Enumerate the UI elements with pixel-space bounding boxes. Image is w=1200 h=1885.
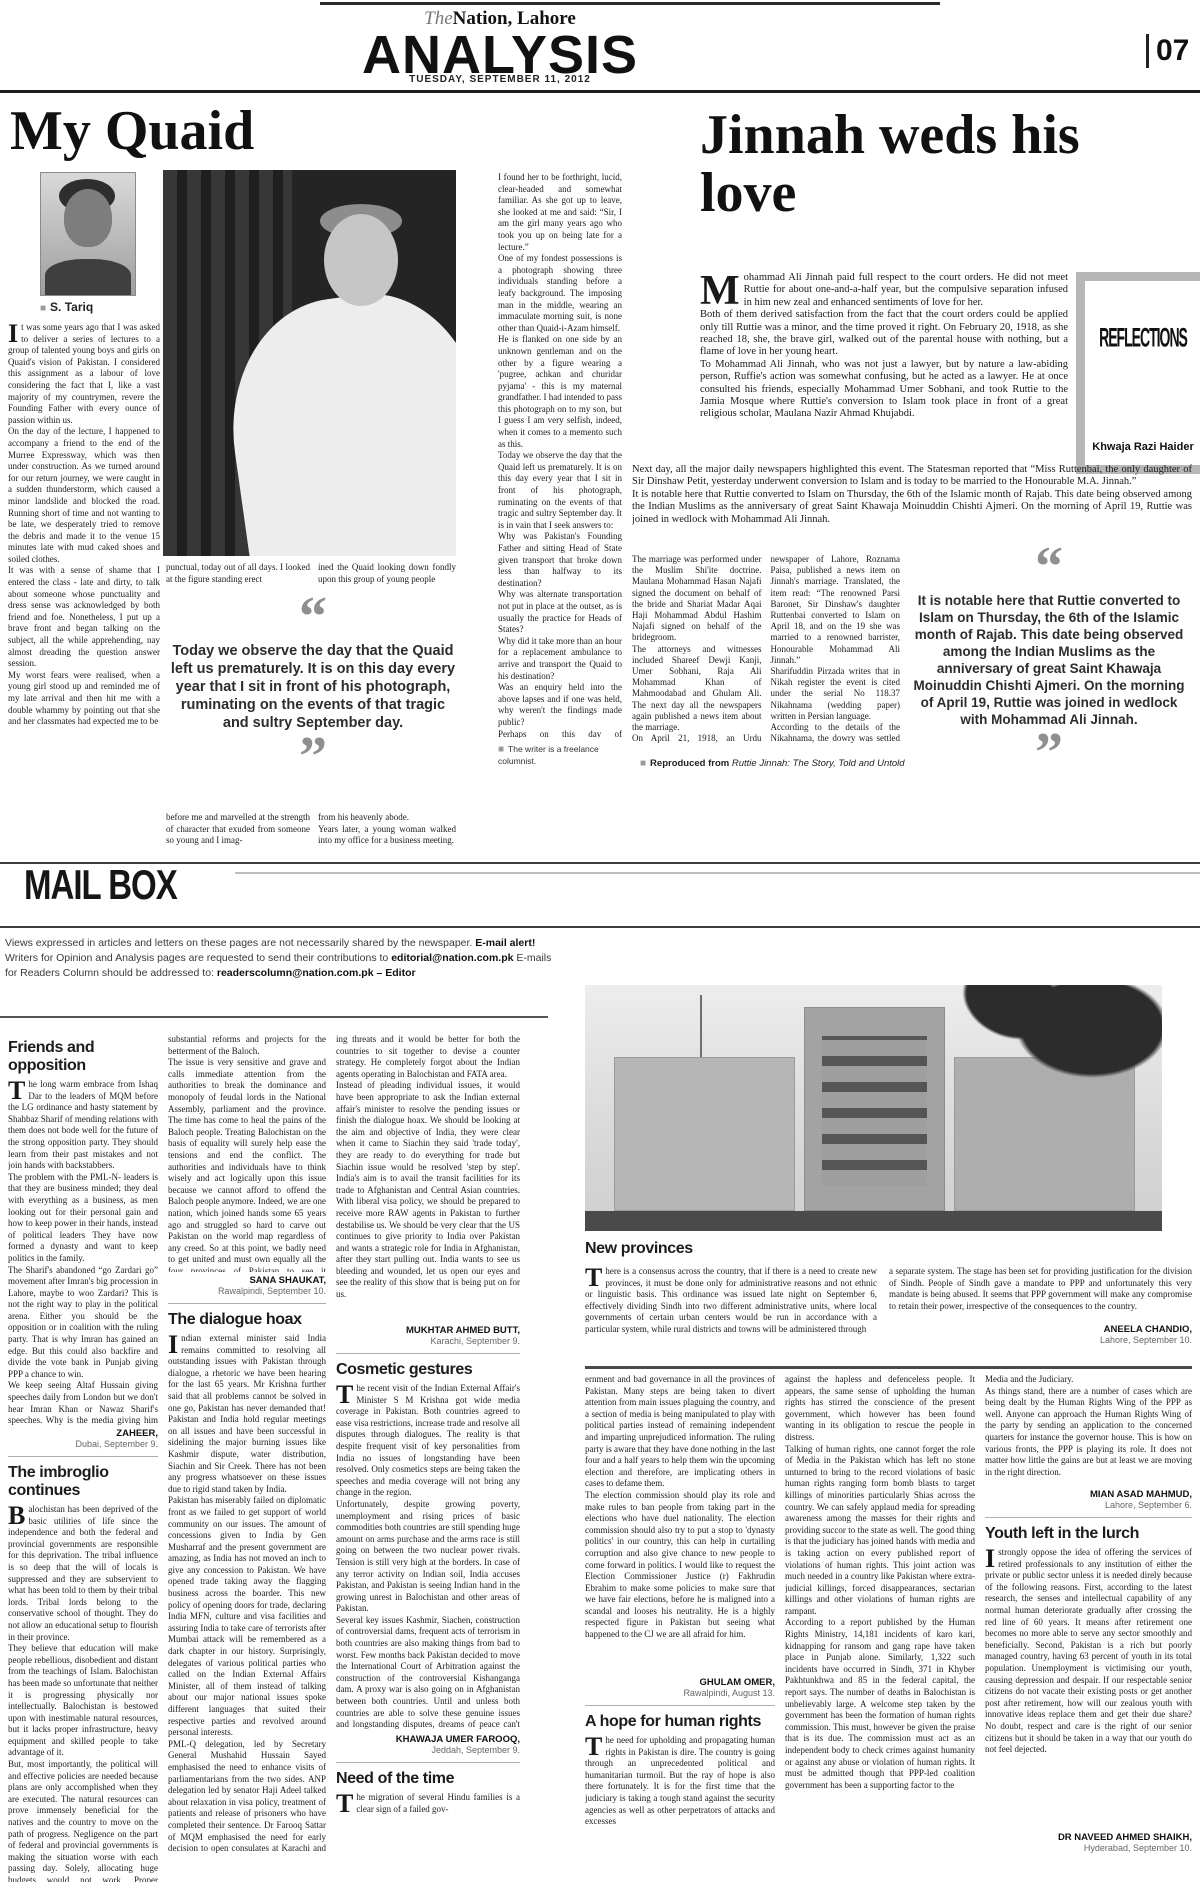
edition-date: TUESDAY, SEPTEMBER 11, 2012: [280, 74, 720, 85]
signature-name: ZAHEER,: [8, 1428, 158, 1439]
reflections-title: REFLECTIONS: [1085, 322, 1200, 352]
letter-divider: [168, 1303, 326, 1304]
signature-place: Jeddah, September 9.: [336, 1745, 520, 1755]
my-quaid-column-1: It was some years ago that I was asked t…: [8, 322, 160, 840]
disclaimer-text-2: Writers for Opinion and Analysis pages a…: [5, 952, 391, 964]
jinnah-headline: Jinnah weds his love: [700, 106, 1180, 222]
letter-body-hope-part2: against the hapless and defenceless peop…: [785, 1374, 975, 1884]
letter-body-imbroglio-part1: Balochistan has been deprived of the bas…: [8, 1504, 158, 1882]
jinnah-pull-quote: “ It is notable here that Ruttie convert…: [906, 550, 1192, 752]
letter-new-provinces: New provinces There is a consensus acros…: [585, 1240, 1192, 1372]
building-tower: [804, 1007, 944, 1211]
byline-name: S. Tariq: [50, 300, 93, 314]
signature-place: Dubai, September 9.: [8, 1439, 158, 1449]
signature-name: KHAWAJA UMER FAROOQ,: [336, 1734, 520, 1745]
letter-heading-youth: Youth left in the lurch: [985, 1525, 1192, 1543]
mailbox-column-2: substantial reforms and projects for the…: [168, 1034, 326, 1882]
readers-email-link[interactable]: readerscolumn@nation.com.pk: [217, 967, 374, 979]
letter-divider: [8, 1456, 158, 1457]
reflections-box: REFLECTIONS Khwaja Razi Haider: [1076, 272, 1200, 474]
author-photo-face: [64, 189, 112, 247]
new-provinces-right-col: a separate system. The stage has been se…: [889, 1266, 1192, 1350]
letter-body-cosmetic: The recent visit of the Indian External …: [336, 1383, 520, 1731]
signature-place: Hyderabad, September 10.: [985, 1843, 1192, 1853]
close-quote-icon: ”: [168, 740, 458, 774]
letter-heading-provinces: New provinces: [585, 1240, 1192, 1258]
signature-zaheer: ZAHEER, Dubai, September 9.: [8, 1428, 158, 1449]
section-divider-rule: [585, 1366, 1192, 1369]
jinnah-body-a: Mohammad Ali Jinnah paid full respect to…: [700, 272, 1068, 460]
signature-naveed-shaikh: DR NAVEED AHMED SHAIKH, Hyderabad, Septe…: [985, 1832, 1192, 1853]
signature-place: Lahore, September 6.: [985, 1500, 1192, 1510]
letter-divider: [985, 1517, 1192, 1518]
writer-note-text: The writer is a freelance columnist.: [498, 744, 599, 766]
signature-place: Rawalpindi, August 13.: [585, 1688, 775, 1698]
signature-ghulam-omer: GHULAM OMER, Rawalpindi, August 13.: [585, 1677, 775, 1698]
my-quaid-column-4: I found her to be forthright, lucid, cle…: [498, 172, 622, 738]
repro-square-icon: ■: [640, 758, 646, 769]
letter-body-friends: The long warm embrace from Ishaq Dar to …: [8, 1079, 158, 1425]
masthead-bottom-rule: [0, 90, 1200, 93]
letter-body-need-part1: The migration of several Hindu families …: [336, 1792, 520, 1832]
signature-sana-shaukat: SANA SHAUKAT, Rawalpindi, September 10.: [168, 1275, 326, 1296]
open-quote-icon: “: [168, 600, 458, 634]
letter-body-youth: I strongly oppose the idea of offering t…: [985, 1547, 1192, 1829]
reproduced-note: ■Reproduced from Ruttie Jinnah: The Stor…: [640, 758, 1070, 769]
mailbox-title: MAIL BOX: [24, 861, 224, 909]
pull-quote-text: It is notable here that Ruttie converted…: [906, 592, 1192, 728]
signature-mian-asad: MIAN ASAD MAHMUD, Lahore, September 6.: [985, 1489, 1192, 1510]
signature-khawaja-farooq: KHAWAJA UMER FAROOQ, Jeddah, September 9…: [336, 1734, 520, 1755]
letter-body-need-part2: ernment and bad governance in all the pr…: [585, 1374, 775, 1674]
letter-body-dialogue-part1: Indian external minister said India rema…: [168, 1333, 326, 1853]
jinnah-photo: [163, 170, 456, 556]
mailbox-disclaimer: Views expressed in articles and letters …: [5, 936, 553, 981]
letter-heading-need: Need of the time: [336, 1770, 520, 1788]
mailbox-title-rule: [235, 872, 1200, 874]
editorial-email-link[interactable]: editorial@nation.com.pk: [391, 952, 513, 964]
my-quaid-column-2-bottom: before me and marvelled at the strength …: [166, 812, 310, 862]
mailbox-column-1: Friends and opposition The long warm emb…: [8, 1034, 158, 1882]
my-quaid-headline: My Quaid: [10, 102, 450, 160]
letter-heading-friends: Friends and opposition: [8, 1039, 158, 1075]
jinnah-face: [324, 214, 398, 306]
repro-prefix: Reproduced from: [650, 758, 732, 769]
mailbox-column-6: Media and the Judiciary. As things stand…: [985, 1374, 1192, 1884]
writer-note-square-icon: ■: [498, 744, 504, 755]
letter-heading-imbroglio: The imbroglio continues: [8, 1464, 158, 1500]
assembly-building-photo: [585, 985, 1162, 1231]
mailbox-column-3: ing threats and it would be better for b…: [336, 1034, 520, 1882]
open-quote-icon: “: [906, 550, 1192, 584]
signature-place: Karachi, September 9.: [336, 1336, 520, 1346]
byline-square-icon: ■: [40, 303, 46, 314]
letter-divider: [336, 1353, 520, 1354]
letter-divider: [585, 1705, 775, 1706]
signature-name: GHULAM OMER,: [585, 1677, 775, 1688]
hedge: [585, 1211, 1162, 1231]
letter-body-hope-part1: The need for upholding and propagating h…: [585, 1735, 775, 1853]
writer-note: ■The writer is a freelance columnist.: [498, 744, 622, 766]
letter-body-provinces-part1: There is a consensus across the country,…: [585, 1266, 877, 1350]
my-quaid-pull-quote: “ Today we observe the day that the Quai…: [168, 600, 458, 810]
repro-book-title: Ruttie Jinnah: The Story, Told and Untol…: [732, 758, 905, 769]
disclaimer-bottom-rule: [0, 1016, 548, 1018]
signature-mukhtar-butt: MUKHTAR AHMED BUTT, Karachi, September 9…: [336, 1325, 520, 1346]
letter-body-imbroglio-part2: substantial reforms and projects for the…: [168, 1034, 326, 1272]
mailbox-column-4: ernment and bad governance in all the pr…: [585, 1374, 775, 1884]
reflections-author: Khwaja Razi Haider: [1085, 441, 1200, 453]
signature-name: MUKHTAR AHMED BUTT,: [336, 1325, 520, 1336]
mailbox-column-5: against the hapless and defenceless peop…: [785, 1374, 975, 1884]
signature-name: ANEELA CHANDIO,: [889, 1324, 1192, 1335]
jinnah-body-b: Next day, all the major daily newspapers…: [632, 464, 1192, 550]
newspaper-page: TheNation, Lahore ANALYSIS 07 TUESDAY, S…: [0, 0, 1200, 1885]
letter-heading-cosmetic: Cosmetic gestures: [336, 1361, 520, 1379]
mailbox-band-rule: [0, 926, 1200, 928]
pull-quote-text: Today we observe the day that the Quaid …: [168, 642, 458, 732]
author-photo-shoulders: [45, 259, 131, 295]
letter-body-hope-part3: Media and the Judiciary. As things stand…: [985, 1374, 1192, 1486]
disclaimer-editor: – Editor: [374, 967, 416, 979]
masthead-top-rule: [320, 2, 940, 5]
signature-place: Lahore, September 10.: [889, 1335, 1192, 1345]
signature-name: SANA SHAUKAT,: [168, 1275, 326, 1286]
page-number: 07: [1146, 34, 1189, 68]
letter-heading-hope: A hope for human rights: [585, 1713, 775, 1731]
new-provinces-columns: There is a consensus across the country,…: [585, 1266, 1192, 1350]
jinnah-body-c: The marriage was performed under the Mus…: [632, 554, 900, 750]
letter-body-provinces-part2: a separate system. The stage has been se…: [889, 1266, 1192, 1324]
signature-name: MIAN ASAD MAHMUD,: [985, 1489, 1192, 1500]
disclaimer-text-1: Views expressed in articles and letters …: [5, 937, 475, 949]
letter-divider: [336, 1762, 520, 1763]
signature-name: DR NAVEED AHMED SHAIKH,: [985, 1832, 1192, 1843]
my-quaid-column-3-top: ined the Quaid looking down fondly upon …: [318, 562, 456, 602]
signature-aneela-chandio: ANEELA CHANDIO, Lahore, September 10.: [889, 1324, 1192, 1345]
building-windows: [822, 1036, 927, 1185]
building-left-wing: [614, 1057, 795, 1211]
author-photo: [40, 172, 136, 296]
my-quaid-column-3-bottom: from his heavenly abode. Years later, a …: [318, 812, 456, 862]
email-alert-label: E-mail alert!: [475, 937, 535, 949]
my-quaid-column-2-top: punctual, today out of all days. I looke…: [166, 562, 310, 602]
letter-heading-dialogue: The dialogue hoax: [168, 1311, 326, 1329]
signature-place: Rawalpindi, September 10.: [168, 1286, 326, 1296]
letter-body-dialogue-part2: ing threats and it would be better for b…: [336, 1034, 520, 1322]
